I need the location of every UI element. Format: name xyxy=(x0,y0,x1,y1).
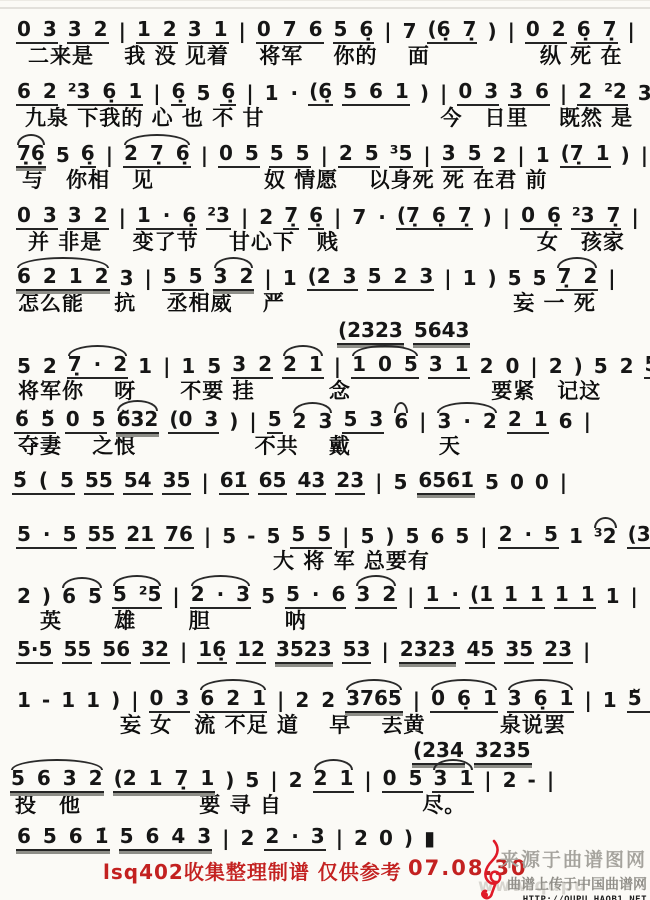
note-group: 1 · 6̣ xyxy=(136,205,197,230)
note-group: 0 6̣ 1 xyxy=(430,688,498,713)
sheet-music-page: 0 33 2|1 23 1|0 7 65 6̣|7(6̣ 7̣)|0 26̣ 7… xyxy=(0,0,650,900)
barline: | xyxy=(152,83,161,106)
lyrics-line: 夺妻 之恨 不共 戴 天 xyxy=(18,434,650,458)
note-group: 5 5 xyxy=(290,524,332,549)
barline: | xyxy=(162,356,171,379)
barline: | xyxy=(412,690,421,713)
note-group: 43 xyxy=(296,470,326,495)
note-group: 0 3 xyxy=(457,81,499,106)
note-group: ) xyxy=(403,828,414,851)
note-group: ²3 7̣ xyxy=(571,205,622,230)
note-group: 1 xyxy=(60,690,76,713)
notation-line: 6 2 1 23|5 53 2|1(2 35 2 3|1)557̣ 2| xyxy=(16,263,650,291)
note-group: 55 xyxy=(84,470,114,495)
note-group: 5 6 1 xyxy=(342,81,410,106)
note-group: 0 3 xyxy=(149,688,191,713)
note-group: 3 6 xyxy=(508,81,550,106)
note-group: 7̣ · 2 xyxy=(67,354,128,379)
note-group: 0 7 6 xyxy=(256,19,324,44)
note-group: 5 3 xyxy=(342,409,384,434)
note-group: 23 xyxy=(335,470,365,495)
note-group: 5·5 xyxy=(16,639,53,664)
note-group: 6̌32 xyxy=(116,409,160,434)
note-group: 5 xyxy=(359,526,375,549)
note-group: (0 3 xyxy=(168,409,219,434)
barline: | xyxy=(179,641,188,664)
barline: | xyxy=(559,83,568,106)
barline: | xyxy=(333,207,342,230)
note-group: 5̃ ( 5 xyxy=(12,470,75,495)
note-group: (6̣ xyxy=(308,81,333,106)
lyrics-line: 九泉 下我的 心 也 不 甘 今 日里 既然 是 xyxy=(25,106,650,130)
note-group: 5 xyxy=(221,526,237,549)
note-group: 2 5 xyxy=(338,143,380,168)
barline: | xyxy=(263,268,272,291)
note-group: 3 2 xyxy=(213,266,255,291)
note-group: 5 xyxy=(55,145,71,168)
watermark-url: HTTP://QUPU.HAOB1.NET xyxy=(500,895,647,900)
note-group: 2 2 xyxy=(294,690,336,713)
barline: | xyxy=(200,472,209,495)
barline: | xyxy=(479,526,488,549)
note-group: 5 5 xyxy=(644,354,650,379)
note-group: - xyxy=(41,690,51,713)
notation-line: 5 6 3 2(2 1 7̣ 1)5|22 1|0 53 1|2-| xyxy=(10,765,650,793)
watermark-upload: www.qupu 曲谱上传于中国曲谱网 xyxy=(500,874,647,894)
note-group: ) xyxy=(228,411,239,434)
barline: | xyxy=(630,207,639,230)
note-group: 6 xyxy=(429,526,445,549)
note-group: 32 xyxy=(140,639,170,664)
note-group: 1 xyxy=(462,268,478,291)
note-group: 0 xyxy=(378,828,394,851)
barline: | xyxy=(374,472,383,495)
note-group: 5 6̣ xyxy=(333,19,375,44)
barline: | xyxy=(245,83,254,106)
barline: | xyxy=(221,828,230,851)
note-group: 2 xyxy=(353,828,369,851)
score-area: 0 33 2|1 23 1|0 7 65 6̣|7(6̣ 7̣)|0 26̣ 7… xyxy=(0,0,650,851)
barline: | xyxy=(483,770,492,793)
notation-line: 2)6 55 ²5|2 · 355 · 63 2|1 ·(11 11 11| xyxy=(16,581,650,609)
lyrics-line: 妄 女 流 不足 道 早 去黄 泉说罢 xyxy=(120,713,650,737)
barline: | xyxy=(627,21,636,44)
note-group: 5 xyxy=(244,770,260,793)
barline: | xyxy=(439,83,448,106)
note-group: ) xyxy=(419,83,430,106)
note-group: 0 5 xyxy=(218,143,260,168)
note-group: 2 0 xyxy=(479,356,521,379)
barline: | xyxy=(380,641,389,664)
lyrics-line: 怎么能 抗 丞相威 严 妄 一 死 xyxy=(18,291,650,315)
barline: | xyxy=(546,770,555,793)
note-group: 6̣ 7̣ xyxy=(576,19,618,44)
note-group: 5 xyxy=(454,526,470,549)
note-group: 0 2 xyxy=(525,19,567,44)
barline: | xyxy=(240,207,249,230)
notation-line: (23235643 xyxy=(337,317,650,345)
note-group: 1 2 xyxy=(136,19,178,44)
note-group: 3 2 xyxy=(67,19,109,44)
notation-line: 5 27̣ · 21|1 53 22 1|1 0 53 12 0|2)5 25 … xyxy=(16,351,650,379)
note-group: 35 xyxy=(162,470,192,495)
note-group: 6 xyxy=(393,411,409,434)
note-group: 0 3 xyxy=(16,19,58,44)
barline: | xyxy=(583,690,592,713)
barline: | xyxy=(341,526,350,549)
note-group: (2 3 xyxy=(307,266,358,291)
note-group: 35 xyxy=(504,639,534,664)
note-group: 5 5 xyxy=(162,266,204,291)
note-group: 6 5 xyxy=(61,586,103,609)
barline: | xyxy=(105,145,114,168)
notation-line: 7̣6̣56̣|2 7̣ 6̣|0 55 5|2 5³5|3 52|1(7̣ 1… xyxy=(16,140,650,168)
note-group: ²3 xyxy=(206,205,231,230)
note-group: 6̣ xyxy=(80,143,96,168)
barline: | xyxy=(443,268,452,291)
note-group: 2 · 3 xyxy=(190,584,251,609)
barline: | xyxy=(320,145,329,168)
note-group: 1 xyxy=(137,356,153,379)
note-group: 3 2 xyxy=(355,584,397,609)
note-group: 6 xyxy=(558,411,574,434)
note-group: 2 xyxy=(548,356,564,379)
note-group: 5̌ 3 xyxy=(627,688,650,713)
note-group: 3 1 xyxy=(432,768,474,793)
note-group: 0 3 xyxy=(16,205,58,230)
note-group: 7 · xyxy=(351,207,386,230)
note-group: ) xyxy=(573,356,584,379)
note-group: 6 2 1 xyxy=(199,688,267,713)
notation-line: 6 2²3 6̣ 1|6̣56̣|1 ·(6̣5 6 1)|0 33 6|2 ²… xyxy=(16,78,650,106)
note-group: 3523 xyxy=(275,639,333,664)
barline: | xyxy=(529,356,538,379)
note-group: 55 xyxy=(86,524,116,549)
watermark-upload-text: 曲谱上传于中国曲谱网 xyxy=(507,877,647,893)
lyrics-line: 二来是 我 没 见着 将军 你的 面 纵 死 在 xyxy=(28,44,650,68)
lyrics-line: 与 你相 见 奴 情愿 以身死 死 在君 前 xyxy=(22,168,650,192)
note-group: 5 xyxy=(484,472,500,495)
note-group: 1 xyxy=(535,145,551,168)
note-group: 5 xyxy=(195,83,211,106)
note-group: 3 1 xyxy=(428,354,470,379)
lyrics-line: 英 雄 胆 呐 xyxy=(40,609,650,633)
note-group: 7̣ 2 xyxy=(556,266,598,291)
note-group: 0 xyxy=(509,472,525,495)
note-group: 3 5 xyxy=(441,143,483,168)
note-group: 6̣ xyxy=(308,205,324,230)
note-group: 1 0 5 xyxy=(351,354,419,379)
note-group: 5 ²5 xyxy=(112,584,163,609)
notation-line: 1-11)|0 36 2 1|2 23765|0 6̣ 13 6̣ 1|15̌ … xyxy=(16,685,650,713)
note-group: (2 1 7̣ 1 xyxy=(113,768,216,793)
note-group: 1 xyxy=(282,268,298,291)
note-group: 6 5 6 1̇ xyxy=(16,826,110,851)
note-group: 55 xyxy=(62,639,92,664)
barline: | xyxy=(143,268,152,291)
barline: | xyxy=(559,472,568,495)
note-group: 6̣ xyxy=(171,81,187,106)
note-group: 3 · 2 xyxy=(436,411,497,434)
note-group: 5 · 5 xyxy=(16,524,77,549)
barline: | xyxy=(383,21,392,44)
note-group: 2 · 5 xyxy=(498,524,559,549)
note-group: 5 xyxy=(260,586,276,609)
note-group: 1 1 xyxy=(554,584,596,609)
note-group: 3 xyxy=(637,83,650,106)
barline: | xyxy=(502,207,511,230)
credit-text: lsq402收集整理制谱 仅供参考 xyxy=(103,856,402,885)
notation-line: 0 33 2|1 · 6̣²3|27̣6̣|7 ·(7̣ 6̣ 7̣)|0 6̣… xyxy=(16,202,650,230)
note-group: - xyxy=(246,526,256,549)
note-group: 1 xyxy=(605,586,621,609)
note-group: ³5 xyxy=(389,143,414,168)
note-group: 2 xyxy=(258,207,274,230)
barline: | xyxy=(363,770,372,793)
barline: | xyxy=(422,145,431,168)
barline: | xyxy=(583,411,592,434)
barline: | xyxy=(335,828,344,851)
note-group: 1 xyxy=(568,526,584,549)
note-group: 5 6 4 3 xyxy=(119,826,213,851)
notation-line: 6̌ 5̌0 56̌32(0 3)|52 35 36|3 · 22 16| xyxy=(14,406,650,434)
barline: | xyxy=(203,526,212,549)
note-group: 6̌ 5̌ xyxy=(14,409,56,434)
note-group: (7̣ 1 xyxy=(560,143,611,168)
note-group: ▮ xyxy=(423,828,436,851)
note-group: - xyxy=(527,770,537,793)
barline: | xyxy=(238,21,247,44)
barline: | xyxy=(200,145,209,168)
note-group: 1 · xyxy=(264,83,299,106)
barline: | xyxy=(130,690,139,713)
note-group: 5 xyxy=(267,409,283,434)
note-group: 5 2 xyxy=(593,356,635,379)
barline: | xyxy=(507,21,516,44)
note-group: 7̣ xyxy=(283,205,299,230)
note-group: 5643 xyxy=(413,320,471,345)
note-group: 1 xyxy=(16,690,32,713)
note-group: 53 xyxy=(342,639,372,664)
note-group: 16̣ xyxy=(197,639,227,664)
barline: | xyxy=(118,207,127,230)
lyrics-line: 将军你 呀 不要 挂 念 要紧 记这 xyxy=(18,379,650,403)
note-group: ) xyxy=(384,526,395,549)
note-group: 0 5 xyxy=(382,768,424,793)
note-group: 2 xyxy=(492,145,508,168)
barline: | xyxy=(630,586,639,609)
lyrics-line: 并 非是 变了节 甘心下 贱 女 孩家 xyxy=(28,230,650,254)
note-group: 2 xyxy=(288,770,304,793)
note-group: 2 xyxy=(16,586,32,609)
note-group: 5 · 6 xyxy=(285,584,346,609)
barline: | xyxy=(248,411,257,434)
note-group: 1 · xyxy=(424,584,459,609)
note-group: (2323 xyxy=(337,320,404,345)
note-group: 3 2 xyxy=(67,205,109,230)
note-group: 2 xyxy=(502,770,518,793)
note-group: 12 xyxy=(236,639,266,664)
note-group: 7̣6̣ xyxy=(16,143,46,168)
note-group: ) xyxy=(482,207,493,230)
note-group: 5 xyxy=(392,472,408,495)
note-group: 5 2 3 xyxy=(367,266,435,291)
barline: | xyxy=(640,145,649,168)
note-group: 5 5 xyxy=(269,143,311,168)
note-group: 65 xyxy=(258,470,288,495)
note-group: 5 xyxy=(405,526,421,549)
note-group: 7 xyxy=(402,21,418,44)
note-group: 54 xyxy=(123,470,153,495)
barline: | xyxy=(276,690,285,713)
notation-line: 5 · 5552176|5-55 5|5)565|2 · 51³2(343| xyxy=(16,521,650,549)
note-group: 6 2 xyxy=(16,81,58,106)
barline: | xyxy=(171,586,180,609)
note-group: 3 6̣ 1 xyxy=(507,688,575,713)
note-group: 3 1 xyxy=(187,19,229,44)
notation-line: 5·5555632|16̣12352353|2323453523| xyxy=(16,636,650,664)
note-group: ) xyxy=(486,268,497,291)
note-group: 5 xyxy=(507,268,523,291)
lyrics-line: 大 将 军 总要有 xyxy=(273,549,650,573)
note-group: 6 2 1 2 xyxy=(16,266,110,291)
note-group: ) xyxy=(41,586,52,609)
barline: | xyxy=(418,411,427,434)
note-group: 3235 xyxy=(474,740,532,765)
note-group: (343 xyxy=(627,524,650,549)
note-group: 6561̇ xyxy=(417,470,475,495)
note-group: 0 5 xyxy=(65,409,107,434)
barline: | xyxy=(516,145,525,168)
notation-line: 5̃ ( 5555435|61̇654323|56561̇500| xyxy=(12,467,650,495)
note-group: 1 1 xyxy=(503,584,545,609)
note-group: 2323 xyxy=(399,639,457,664)
note-group: 76 xyxy=(164,524,194,549)
note-group: ) xyxy=(224,770,235,793)
note-group: 3 2 xyxy=(231,354,273,379)
note-group: 2 1 xyxy=(313,768,355,793)
note-group: 21 xyxy=(125,524,155,549)
note-group: 3 xyxy=(119,268,135,291)
watermark: 来源于曲谱图网 www.qupu 曲谱上传于中国曲谱网 HTTP://QUPU.… xyxy=(500,845,647,900)
note-group: 2 xyxy=(239,828,255,851)
note-group: 2 1 xyxy=(507,409,549,434)
barline: | xyxy=(118,21,127,44)
note-group: ²3 6̣ 1 xyxy=(67,81,143,106)
note-group: (6̣ 7̣ xyxy=(427,19,478,44)
note-group: 1 xyxy=(602,690,618,713)
note-group: ) xyxy=(110,690,121,713)
note-group: 45 xyxy=(465,639,495,664)
note-group: 0 xyxy=(534,472,550,495)
note-group: 0 6̣ xyxy=(520,205,562,230)
note-group: 2 7̣ 6̣ xyxy=(123,143,191,168)
barline: | xyxy=(582,641,591,664)
note-group: ) xyxy=(486,21,497,44)
note-group: 2 1 xyxy=(282,354,324,379)
treble-clef-icon xyxy=(478,838,508,900)
note-group: (7̣ 6̣ 7̣ xyxy=(396,205,473,230)
note-group: 3765 xyxy=(345,688,403,713)
note-group: ) xyxy=(620,145,631,168)
note-group: 6̣ xyxy=(220,81,236,106)
note-group: 2 3 xyxy=(292,411,334,434)
note-group: 5 2 xyxy=(16,356,58,379)
note-group: 1 xyxy=(85,690,101,713)
notation-line: 0 33 2|1 23 1|0 7 65 6̣|7(6̣ 7̣)|0 26̣ 7… xyxy=(16,16,650,44)
note-group: 5 xyxy=(265,526,281,549)
barline: | xyxy=(269,770,278,793)
note-group: ³2 xyxy=(593,526,618,549)
note-group: 23 xyxy=(543,639,573,664)
note-group: 2 ²2 xyxy=(577,81,628,106)
note-group: 2 · 3 xyxy=(264,826,325,851)
watermark-source: 来源于曲谱图网 xyxy=(500,845,647,872)
note-group: 5 xyxy=(532,268,548,291)
note-group: 61̇ xyxy=(219,470,249,495)
barline: | xyxy=(607,268,616,291)
barline: | xyxy=(333,356,342,379)
note-group: (1 xyxy=(469,584,494,609)
barline: | xyxy=(406,586,415,609)
lyrics-line: 投 他 要 寻 自 尽。 xyxy=(15,793,650,817)
note-group: 1 5 xyxy=(180,356,222,379)
note-group: 56 xyxy=(101,639,131,664)
note-group: 5 6 3 2 xyxy=(10,768,104,793)
